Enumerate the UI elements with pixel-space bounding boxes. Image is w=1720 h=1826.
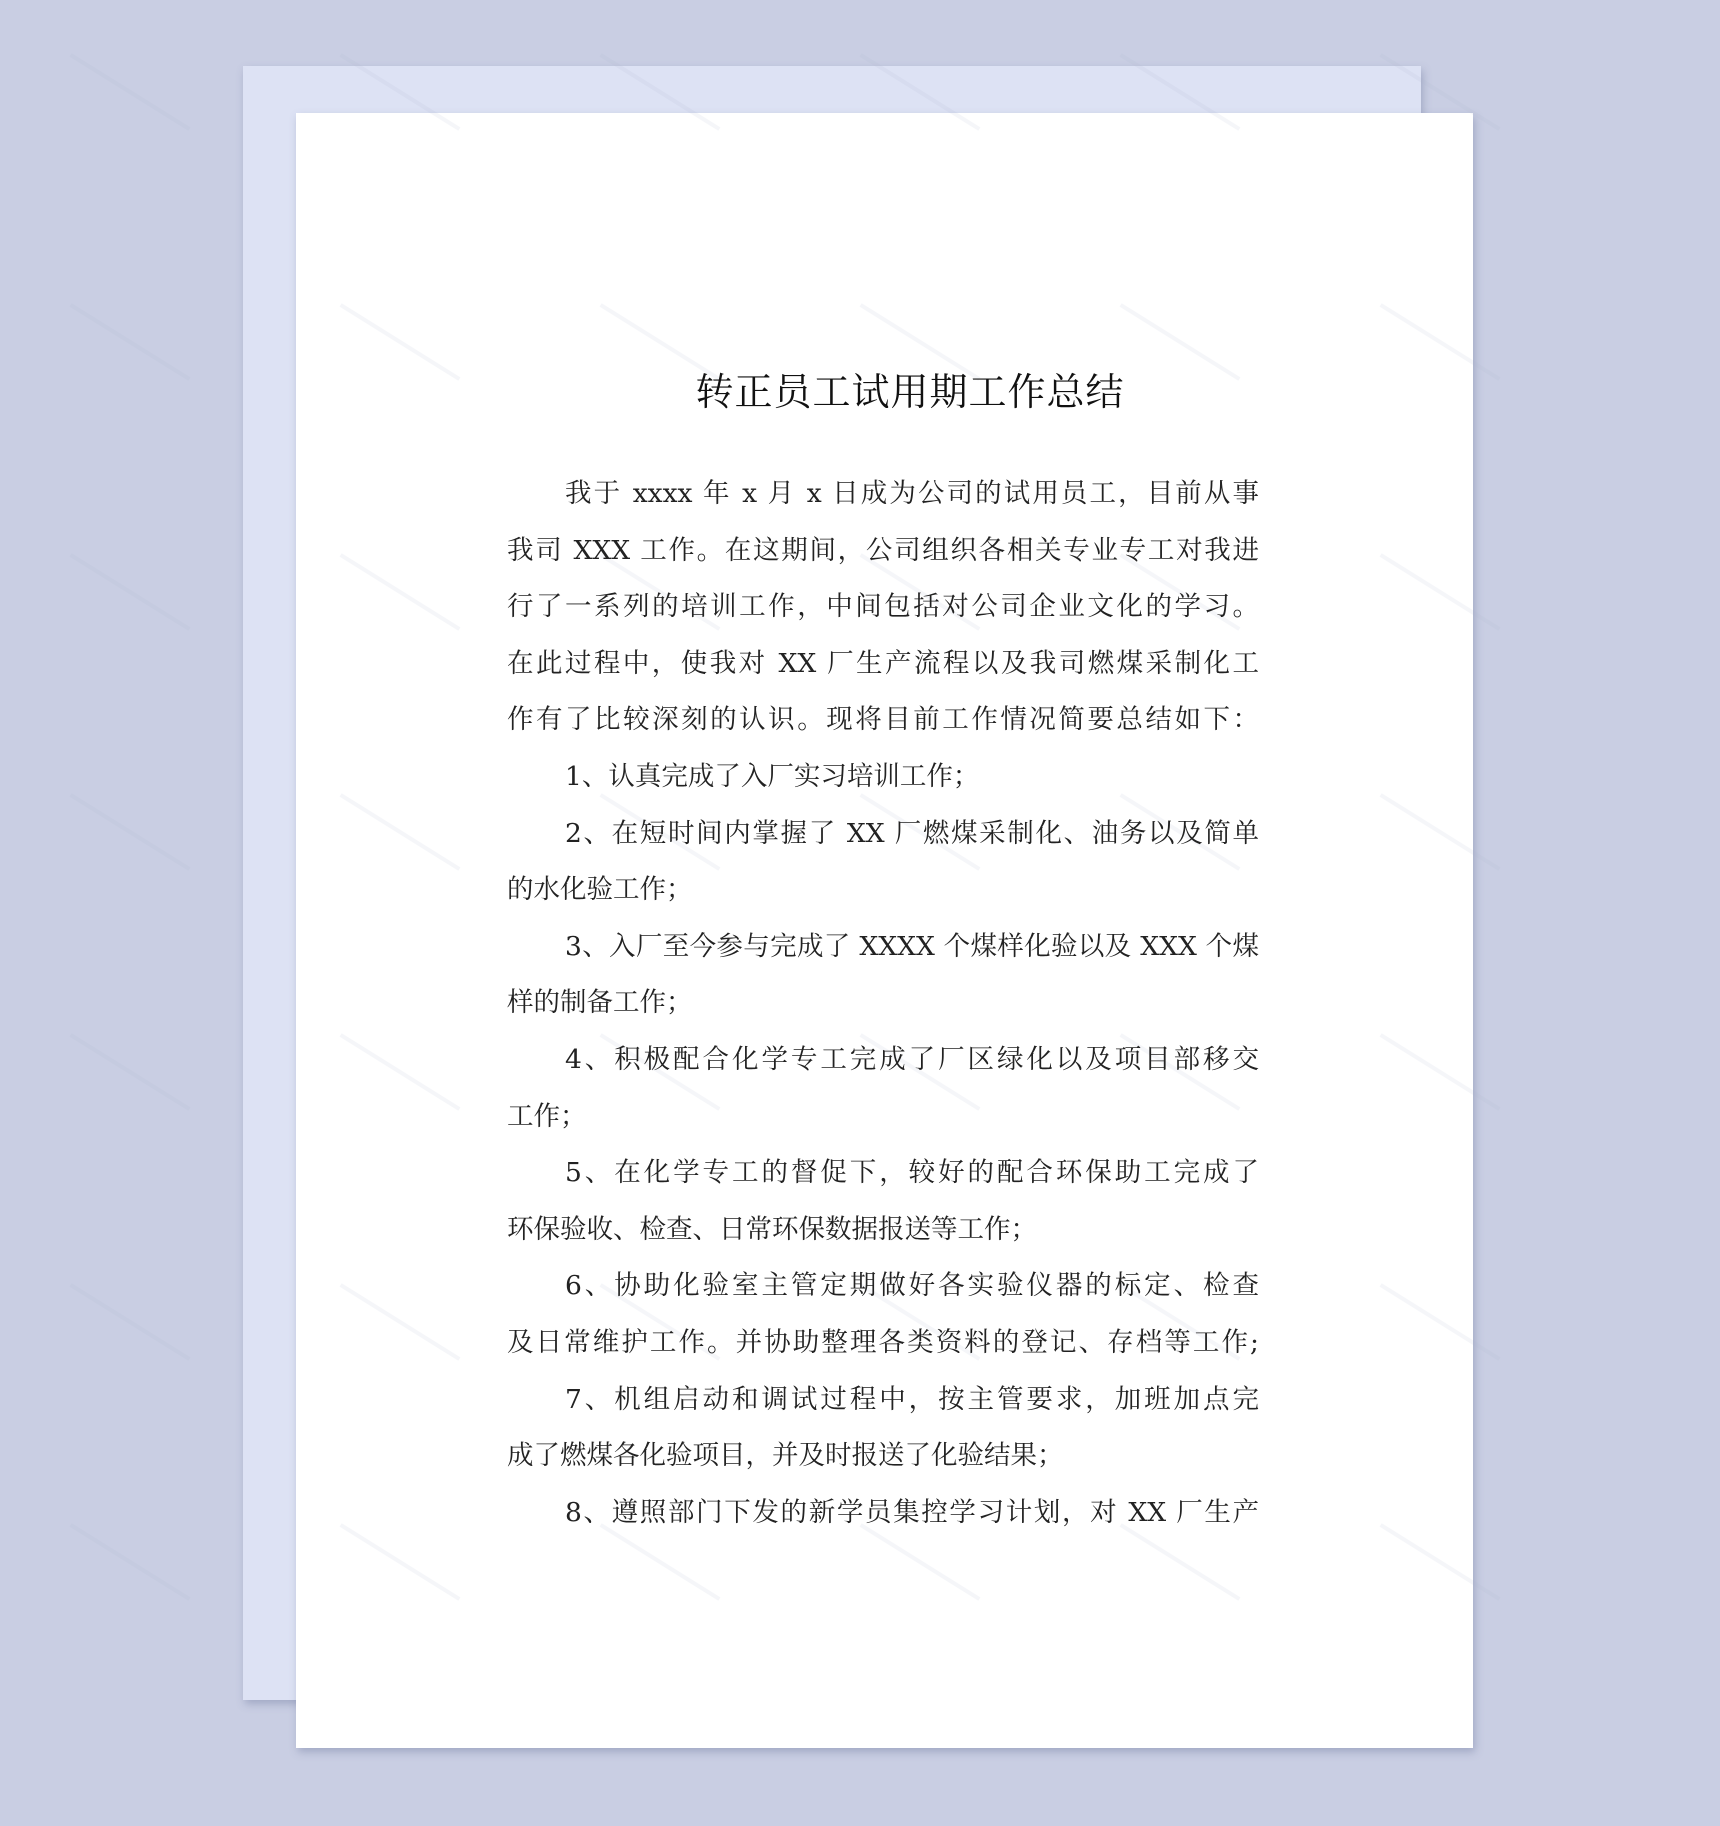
watermark-mark [70,793,191,871]
watermark-mark [70,53,191,131]
paragraph-line: 8、遵照部门下发的新学员集控学习计划，对 XX 厂生产 [507,1493,1259,1550]
paragraph-line: 5、在化学专工的督促下，较好的配合环保助工完成了 [507,1153,1259,1210]
paragraph-line: 环保验收、检查、日常环保数据报送等工作； [507,1210,1259,1267]
paragraph-line: 在此过程中，使我对 XX 厂生产流程以及我司燃煤采制化工 [507,644,1259,701]
paragraph-line: 的水化验工作； [507,870,1259,927]
paragraph-line: 及日常维护工作。并协助整理各类资料的登记、存档等工作; [507,1323,1259,1380]
document-body: 我于 xxxx 年 x 月 x 日成为公司的试用员工，目前从事我司 XXX 工作… [507,474,1259,1549]
document-title: 转正员工试用期工作总结 [100,361,1720,416]
paragraph-line: 成了燃煤各化验项目，并及时报送了化验结果； [507,1436,1259,1493]
paragraph-line: 工作； [507,1097,1259,1154]
paragraph-line: 4、积极配合化学专工完成了厂区绿化以及项目部移交 [507,1040,1259,1097]
paragraph-line: 7、机组启动和调试过程中，按主管要求，加班加点完 [507,1380,1259,1437]
paragraph-line: 我司 XXX 工作。在这期间，公司组织各相关专业专工对我进 [507,531,1259,588]
watermark-mark [70,1523,191,1601]
paragraph-line: 我于 xxxx 年 x 月 x 日成为公司的试用员工，目前从事 [507,474,1259,531]
watermark-mark [70,553,191,631]
paragraph-line: 作有了比较深刻的认识。现将目前工作情况简要总结如下： [507,700,1259,757]
paragraph-line: 样的制备工作； [507,983,1259,1040]
paragraph-line: 1、认真完成了入厂实习培训工作； [507,757,1259,814]
paragraph-line: 6、协助化验室主管定期做好各实验仪器的标定、检查 [507,1266,1259,1323]
paragraph-line: 行了一系列的培训工作，中间包括对公司企业文化的学习。 [507,587,1259,644]
paragraph-line: 3、入厂至今参与完成了 XXXX 个煤样化验以及 XXX 个煤 [507,927,1259,984]
watermark-mark [70,1033,191,1111]
watermark-mark [70,1283,191,1361]
paragraph-line: 2、在短时间内掌握了 XX 厂燃煤采制化、油务以及简单 [507,814,1259,871]
